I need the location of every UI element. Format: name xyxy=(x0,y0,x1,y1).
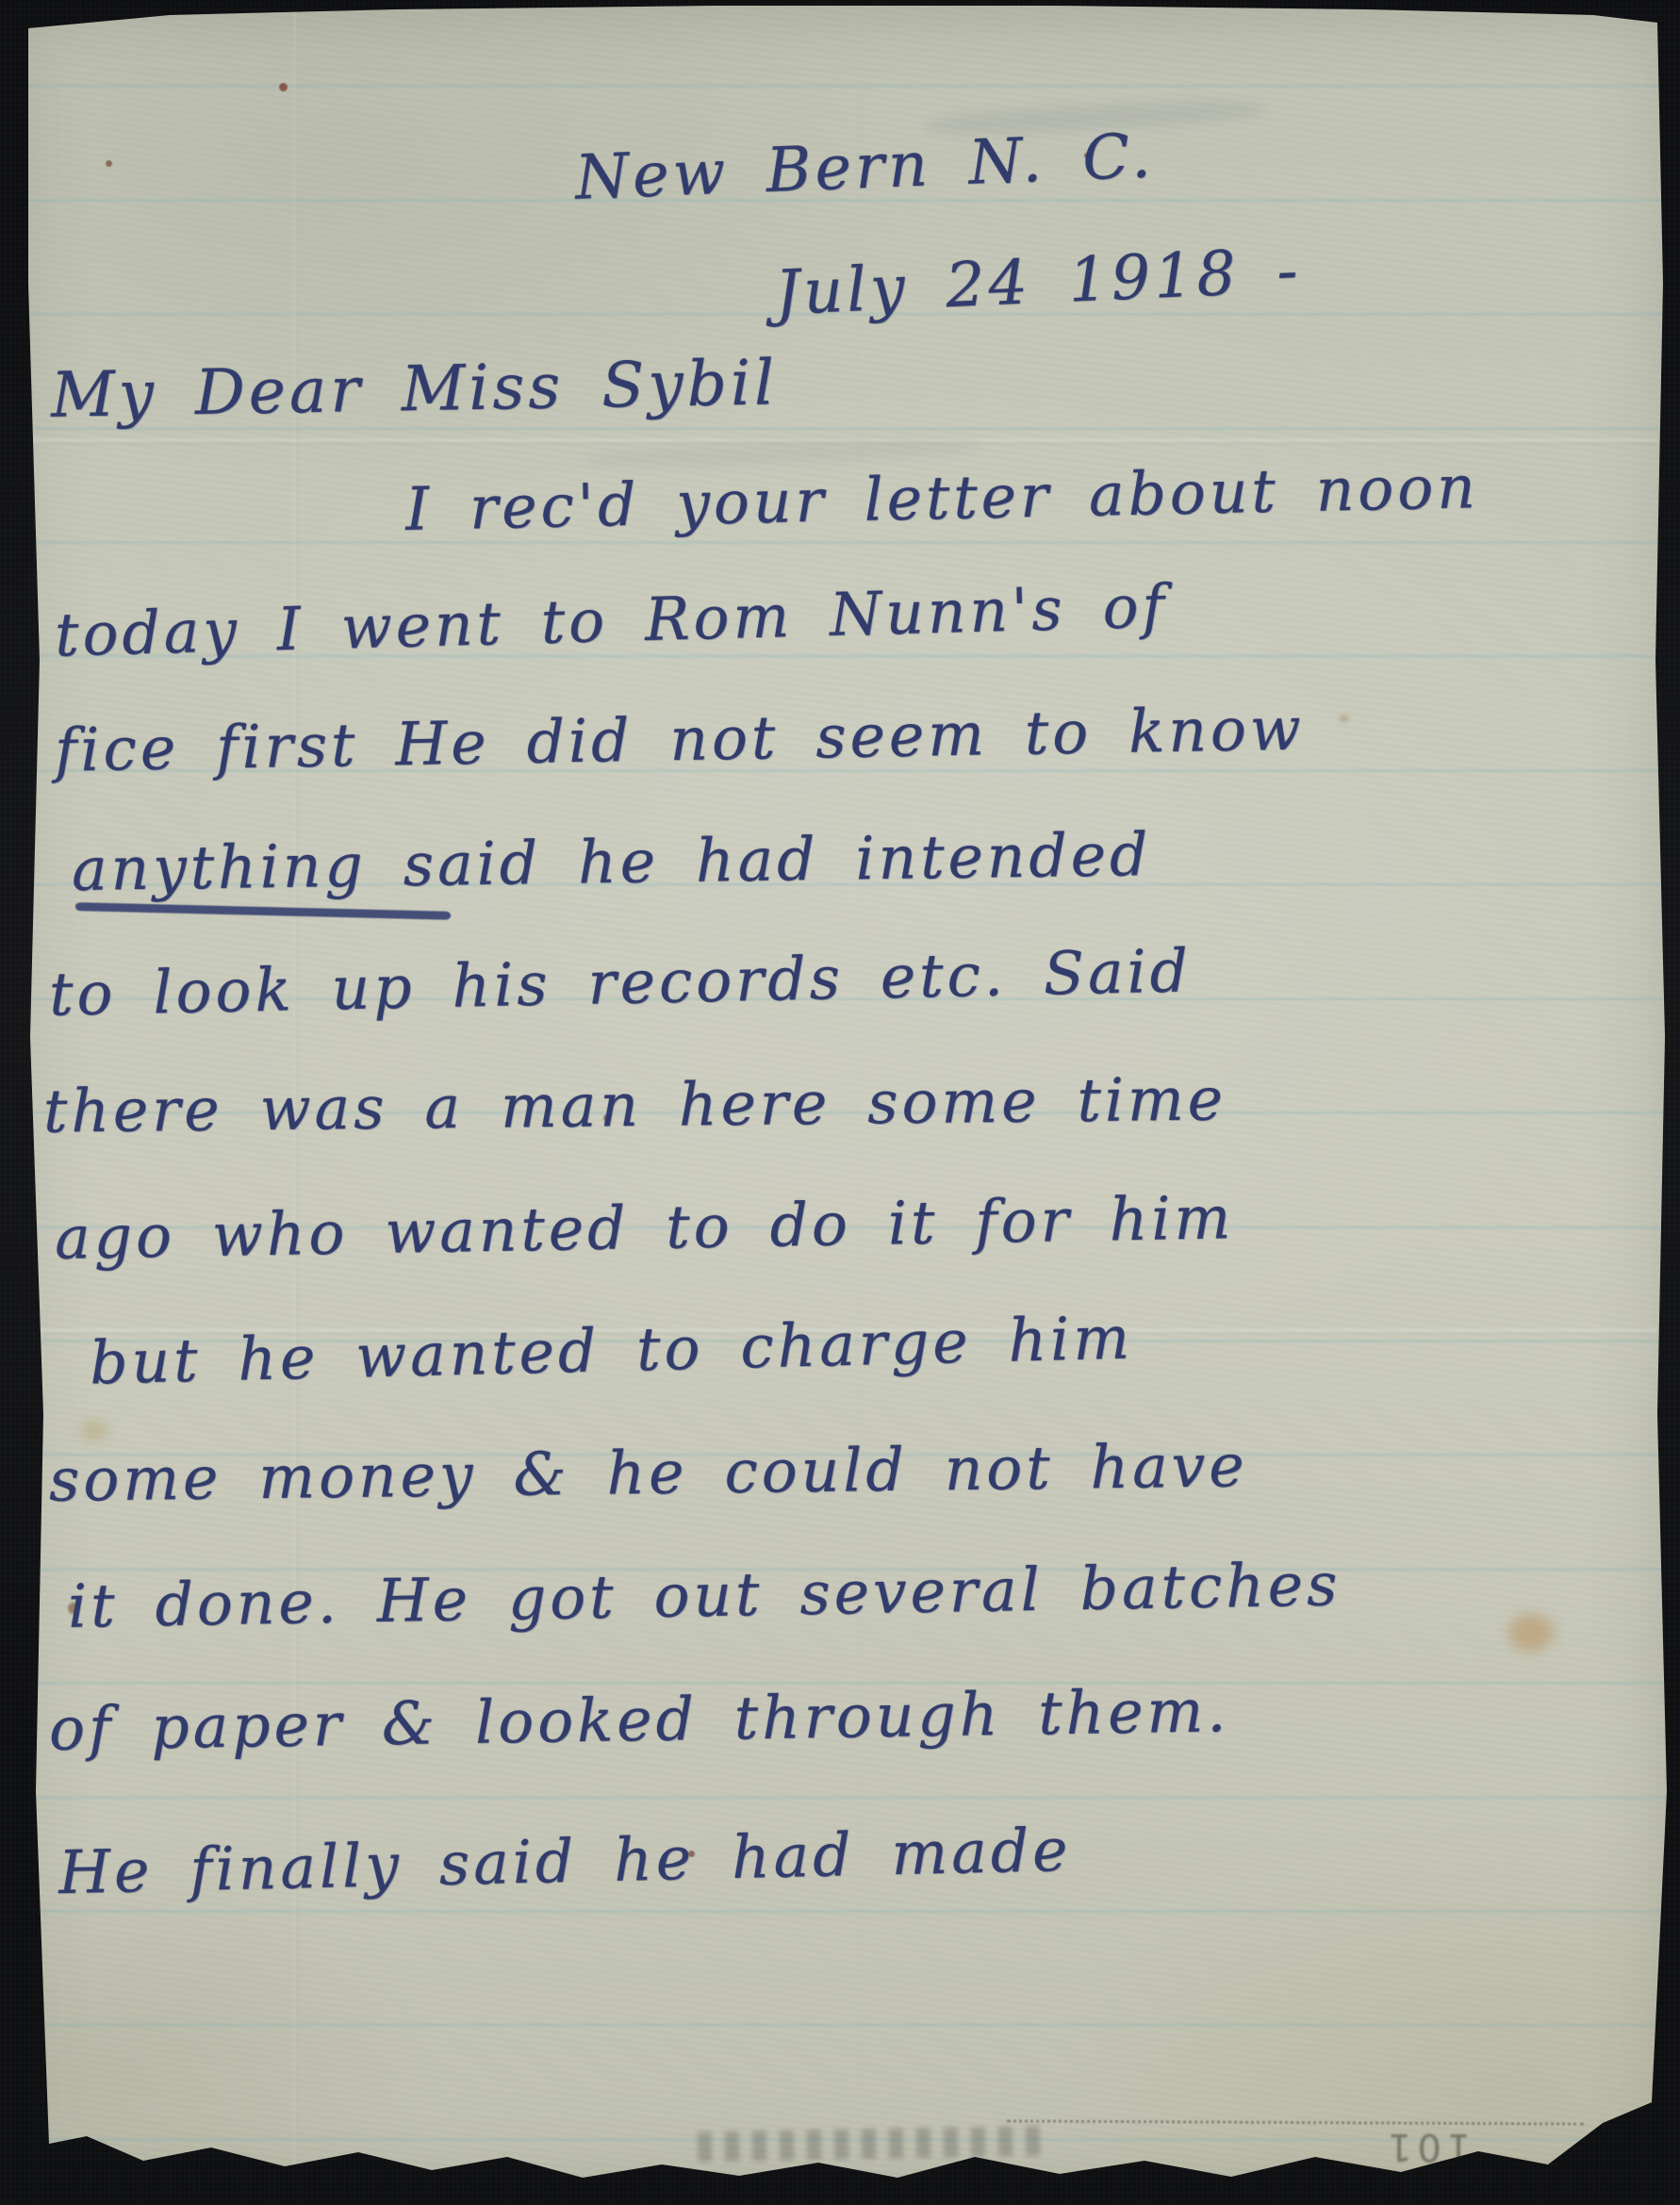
letter-salutation: My Dear Miss Sybil xyxy=(50,346,778,431)
foxing-stain xyxy=(1508,1614,1554,1652)
foxing-stain xyxy=(81,1420,107,1440)
scanned-letter: New Bern N. C. July 24 1918 - My Dear Mi… xyxy=(0,0,1680,2205)
foxing-stain xyxy=(1339,715,1349,722)
letter-paper: New Bern N. C. July 24 1918 - My Dear Mi… xyxy=(0,0,1680,2205)
foxing-stain xyxy=(279,83,288,91)
letter-line: some money & he could not have xyxy=(49,1431,1248,1515)
foxing-stain xyxy=(106,160,112,167)
letter-line: there was a man here some time xyxy=(43,1064,1227,1145)
faint-stamp-smudge xyxy=(698,2126,1049,2162)
